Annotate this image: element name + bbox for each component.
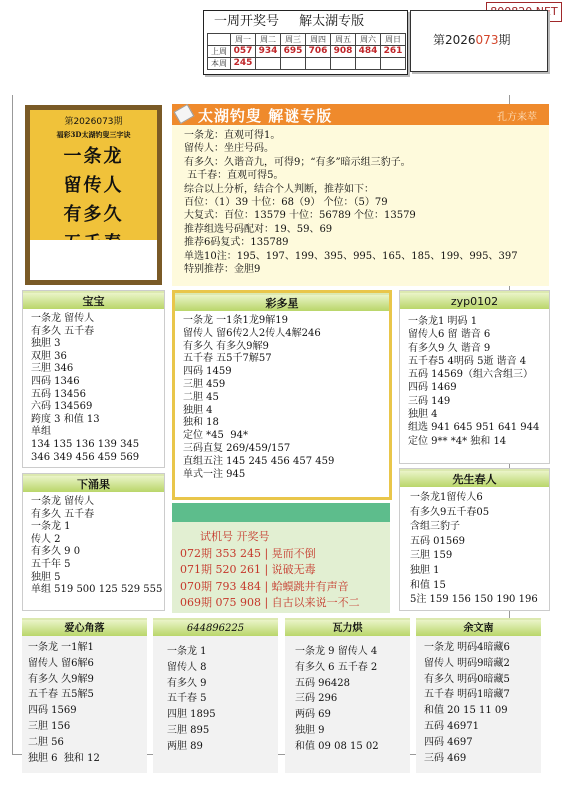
row-label: 本周	[208, 58, 231, 70]
list-item: 四码 1459	[183, 366, 389, 379]
list-item: 一条龙 留传人	[31, 313, 164, 326]
list-item: 三胆 159	[410, 549, 549, 564]
list-item: 留传人 留6解6	[28, 656, 147, 672]
day-header: 周二	[256, 34, 281, 46]
box-title: 下涌果	[23, 474, 164, 492]
poster-issue: 第2026073期	[30, 110, 157, 127]
list-item: 一条龙 一1解1	[28, 640, 147, 656]
list-item: 三码 149	[408, 395, 549, 408]
list-item: 346 349 456 459 569	[31, 452, 164, 465]
box-xiayong: 下涌果 一条龙 留传人有多久 五千春一条龙 1传人 2有多久 9 0五千年 5独…	[22, 473, 165, 611]
box-644896225: 644896225 一条龙 1留传人 8有多久 9五千春 5四胆 1895三胆 …	[153, 618, 278, 773]
riddle-line: 有多久：久谐音九，可得9；“有多”暗示组三豹子。	[184, 156, 549, 169]
draw-number: 484	[356, 46, 381, 58]
box-lines: 一条龙 留传人有多久 五千春独胆 3双胆 36三胆 346四码 1346五码 1…	[23, 309, 164, 464]
issue-label: 第2026073期	[433, 31, 510, 48]
draw-number: 934	[256, 46, 281, 58]
day-header: 周日	[381, 34, 406, 46]
list-item: 和值 09 08 15 02	[295, 739, 410, 755]
list-item: 四码 4697	[424, 735, 541, 751]
list-item: 传人 2	[31, 534, 164, 547]
box-lines: 一条龙 明码4暗藏6留传人 明码9暗藏2有多久 明码0暗藏5五千春 明码1暗藏7…	[416, 636, 541, 766]
box-title: 余文南	[416, 618, 541, 636]
day-header: 周一	[231, 34, 256, 46]
box-title: zyp0102	[400, 291, 549, 309]
list-item: 有多久 五千春	[31, 509, 164, 522]
weekly-draw-table: 一周开奖号 解太湖专版 周一 周二 周三 周四 周五 周六 周日 上周 057 …	[203, 10, 408, 75]
list-item: 留传人 留6传2人2传人4解246	[183, 328, 389, 341]
list-item: 二胆 45	[183, 392, 389, 405]
box-xiansheng: 先生春人 一条龙1留传人6有多久9五千春05含组三豹子五码 01569三胆 15…	[399, 468, 550, 611]
document-icon	[174, 104, 195, 124]
trial-heading: 试机号 开奖号	[180, 529, 390, 546]
list-item: 有多久 9	[167, 676, 278, 692]
box-lines: 一条龙 1留传人 8有多久 9五千春 5四胆 1895三胆 895两胆 89	[153, 636, 278, 755]
list-item: 有多久 有多久9解9	[183, 341, 389, 354]
title-right: 解太湖专版	[299, 14, 364, 29]
list-item: 五码 96428	[295, 676, 410, 692]
list-item: 一条龙 留传人	[31, 496, 164, 509]
list-item: 三码 469	[424, 751, 541, 767]
riddle-line: 五千春：直观可得5。	[184, 169, 549, 182]
box-lines: 一条龙1留传人6有多久9五千春05含组三豹子五码 01569三胆 159独胆 1…	[400, 487, 549, 608]
box-title: 爱心角落	[22, 618, 147, 636]
riddle-title: 太湖钓叟 解谜专版	[198, 105, 332, 126]
list-item: 两胆 89	[167, 739, 278, 755]
draw-number: 245	[231, 58, 256, 70]
trial-row: 071期 520 261 | 说破无毒	[180, 562, 390, 579]
list-item: 和值 20 15 11 09	[424, 703, 541, 719]
box-lines: 一条龙1 明码 1留传人6 留 谐音 6有多久9 久 谐音 9五千春5 4明码 …	[400, 309, 549, 448]
draw-number	[281, 58, 306, 70]
list-item: 有多久 久9解9	[28, 672, 147, 688]
list-item: 五千春 五5解5	[28, 687, 147, 703]
riddle-line: 推荐组选号码配对：19、59、69	[184, 223, 549, 236]
list-item: 一条龙1 明码 1	[408, 315, 549, 328]
list-item: 四码 1469	[408, 381, 549, 394]
list-item: 五千春 5	[167, 691, 278, 707]
box-yuwennan: 余文南 一条龙 明码4暗藏6留传人 明码9暗藏2有多久 明码0暗藏5五千春 明码…	[416, 618, 541, 773]
riddle-line: 一条龙：直观可得1。	[184, 129, 549, 142]
list-item: 留传人 8	[167, 660, 278, 676]
box-title: 彩多星	[175, 293, 389, 311]
riddle-line: 百位：（1）39 十位：68（9） 个位：（5）79	[184, 196, 549, 209]
list-item: 五千年 5	[31, 559, 164, 572]
box-baobao: 宝宝 一条龙 留传人有多久 五千春独胆 3双胆 36三胆 346四码 1346五…	[22, 290, 165, 468]
list-item: 一条龙 明码4暗藏6	[424, 640, 541, 656]
box-caiduoxing: 彩多星 一条龙 一1条1龙9解19留传人 留6传2人2传人4解246有多久 有多…	[172, 290, 392, 500]
poster-subtitle: 福彩3D太湖钓叟三字诀	[30, 130, 157, 140]
box-title: 宝宝	[23, 291, 164, 309]
list-item: 五千春 五5千7解57	[183, 353, 389, 366]
list-item: 有多久 9 0	[31, 546, 164, 559]
list-item: 5注 159 156 150 190 196	[410, 593, 549, 608]
draw-number	[331, 58, 356, 70]
list-item: 六码 134569	[31, 401, 164, 414]
list-item: 五千春 明码1暗藏7	[424, 687, 541, 703]
riddle-line: 单选10注：195、197、199、395、995、165、185、199、99…	[184, 250, 549, 263]
list-item: 三胆 895	[167, 723, 278, 739]
list-item: 组选 941 645 951 641 944	[408, 421, 549, 434]
draw-number	[381, 58, 406, 70]
list-item: 五码 13456	[31, 389, 164, 402]
list-item: 独胆 3	[31, 338, 164, 351]
box-aixin: 爱心角落 一条龙 一1解1留传人 留6解6有多久 久9解9五千春 五5解5四码 …	[22, 618, 147, 773]
trial-numbers-panel: 试机号 开奖号 072期 353 245 | 晃而不倒 071期 520 261…	[172, 503, 390, 613]
list-item: 二胆 56	[28, 735, 147, 751]
list-item: 两码 69	[295, 707, 410, 723]
list-item: 三码 296	[295, 691, 410, 707]
list-item: 四胆 1895	[167, 707, 278, 723]
riddle-panel: 太湖钓叟 解谜专版 孔方来萃 一条龙：直观可得1。留传人：坐庄号码。有多久：久谐…	[172, 104, 549, 286]
list-item: 留传人 明码9暗藏2	[424, 656, 541, 672]
box-lines: 一条龙 9 留传人 4有多久 6 五千春 2五码 96428三码 296两码 6…	[285, 636, 410, 755]
box-zyp0102: zyp0102 一条龙1 明码 1留传人6 留 谐音 6有多久9 久 谐音 9五…	[399, 290, 550, 464]
draw-number: 057	[231, 46, 256, 58]
list-item: 三胆 156	[28, 719, 147, 735]
day-header: 周四	[306, 34, 331, 46]
draw-table: 周一 周二 周三 周四 周五 周六 周日 上周 057 934 695 706 …	[207, 33, 406, 70]
day-header: 周三	[281, 34, 306, 46]
list-item: 直组五注 145 245 456 457 459	[183, 456, 389, 469]
list-item: 一条龙1留传人6	[410, 491, 549, 506]
day-header: 周六	[356, 34, 381, 46]
list-item: 独胆 9	[295, 723, 410, 739]
list-item: 跨度 3 和值 13	[31, 414, 164, 427]
weekly-title: 一周开奖号 解太湖专版	[204, 11, 407, 33]
list-item: 三码直复 269/459/157	[183, 443, 389, 456]
draw-number: 706	[306, 46, 331, 58]
list-item: 一条龙 9 留传人 4	[295, 644, 410, 660]
list-item: 五码 01569	[410, 535, 549, 550]
list-item: 一条龙 1	[31, 521, 164, 534]
draw-number: 261	[381, 46, 406, 58]
box-title: 先生春人	[400, 469, 549, 487]
riddle-line: 特别推荐：金胆9	[184, 263, 549, 276]
draw-number	[306, 58, 331, 70]
day-header: 周五	[331, 34, 356, 46]
box-title: 瓦力烘	[285, 618, 410, 636]
row-label: 上周	[208, 46, 231, 58]
list-item: 独胆 6 独和 12	[28, 751, 147, 767]
riddle-lines: 一条龙：直观可得1。留传人：坐庄号码。有多久：久谐音九，可得9；“有多”暗示组三…	[172, 125, 549, 276]
box-wali: 瓦力烘 一条龙 9 留传人 4有多久 6 五千春 2五码 96428三码 296…	[285, 618, 410, 773]
list-item: 有多久 五千春	[31, 326, 164, 339]
list-item: 有多久 6 五千春 2	[295, 660, 410, 676]
riddle-author: 孔方来萃	[497, 108, 537, 123]
title-left: 一周开奖号	[214, 14, 279, 29]
list-item: 独和 18	[183, 417, 389, 430]
list-item: 四码 1346	[31, 376, 164, 389]
draw-number	[256, 58, 281, 70]
list-item: 双胆 36	[31, 351, 164, 364]
list-item: 定位 *45 94*	[183, 430, 389, 443]
box-title: 644896225	[153, 618, 278, 636]
riddle-line: 大复式：百位：13579 十位：56789 个位：13579	[184, 209, 549, 222]
riddle-line: 推荐6码复式：135789	[184, 236, 549, 249]
trial-row: 070期 793 484 | 蛤蟆跳井有声音	[180, 579, 390, 596]
poster-line: 有多久	[30, 202, 157, 227]
trial-row: 069期 075 908 | 自古以来说一不二	[180, 595, 390, 612]
list-item: 留传人6 留 谐音 6	[408, 328, 549, 341]
list-item: 三胆 346	[31, 363, 164, 376]
list-item: 定位 9** *4* 独和 14	[408, 435, 549, 448]
poster-line: 一条龙	[30, 144, 157, 169]
list-item: 有多久9五千春05	[410, 506, 549, 521]
poster-line: 留传人	[30, 173, 157, 198]
list-item: 五码 14569（组六含组三）	[408, 368, 549, 381]
list-item: 四码 1569	[28, 703, 147, 719]
list-item: 单组 519 500 125 529 555	[31, 584, 164, 597]
list-item: 有多久9 久 谐音 9	[408, 342, 549, 355]
list-item: 单组	[31, 426, 164, 439]
list-item: 三胆 459	[183, 379, 389, 392]
box-lines: 一条龙 留传人有多久 五千春一条龙 1传人 2有多久 9 0五千年 5独胆 5单…	[23, 492, 164, 597]
list-item: 含组三豹子	[410, 520, 549, 535]
list-item: 五千春5 4明码 5逝 谐音 4	[408, 355, 549, 368]
box-lines: 一条龙 一1条1龙9解19留传人 留6传2人2传人4解246有多久 有多久9解9…	[175, 311, 389, 481]
list-item: 独胆 1	[410, 564, 549, 579]
list-item: 134 135 136 139 345	[31, 439, 164, 452]
list-item: 和值 15	[410, 579, 549, 594]
issue-box: 第2026073期	[410, 10, 548, 72]
list-item: 独胆 4	[408, 408, 549, 421]
list-item: 有多久 明码0暗藏5	[424, 672, 541, 688]
list-item: 五码 46971	[424, 719, 541, 735]
draw-number	[356, 58, 381, 70]
poster: 第2026073期 福彩3D太湖钓叟三字诀 一条龙 留传人 有多久 五千春	[25, 105, 162, 285]
list-item: 单式一注 945	[183, 469, 389, 482]
riddle-line: 留传人：坐庄号码。	[184, 142, 549, 155]
list-item: 独胆 4	[183, 405, 389, 418]
riddle-header: 太湖钓叟 解谜专版 孔方来萃	[172, 104, 549, 125]
list-item: 独胆 5	[31, 572, 164, 585]
draw-number: 695	[281, 46, 306, 58]
riddle-line: 综合以上分析，结合个人判断，推荐如下：	[184, 183, 549, 196]
list-item: 一条龙 1	[167, 644, 278, 660]
trial-row: 072期 353 245 | 晃而不倒	[180, 546, 390, 563]
list-item: 一条龙 一1条1龙9解19	[183, 315, 389, 328]
draw-number: 908	[331, 46, 356, 58]
box-lines: 一条龙 一1解1留传人 留6解6有多久 久9解9五千春 五5解5四码 1569三…	[22, 636, 147, 766]
